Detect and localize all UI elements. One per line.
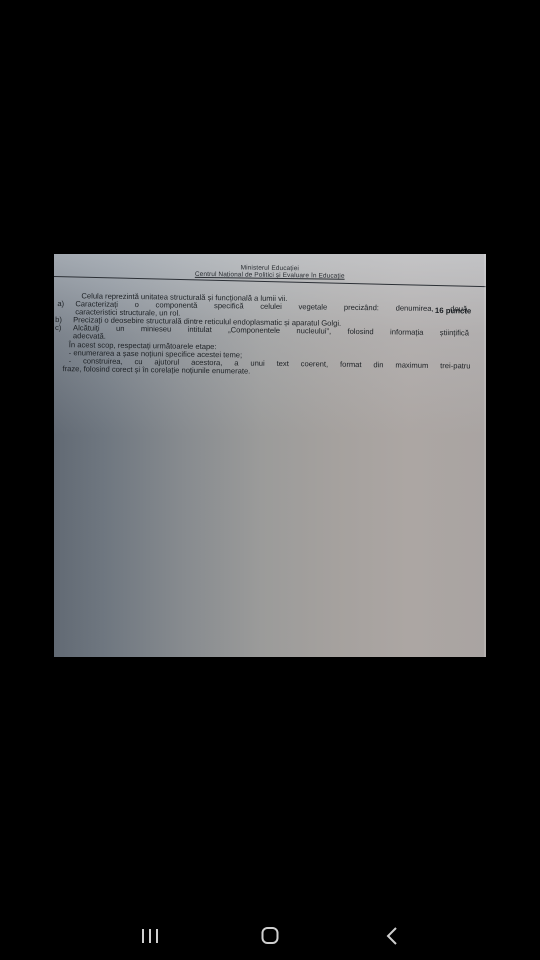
- item-c-text-1-word: informația: [390, 328, 423, 336]
- item-c-text-1-word: „Componentele: [228, 326, 280, 335]
- instruction-step-2-text-word: trei-patru: [440, 362, 470, 370]
- item-a-text-1-word: vegetale: [298, 303, 327, 311]
- image-viewer: Ministerul Educației Centrul Național de…: [0, 0, 540, 960]
- instruction-step-2-text-word: format: [340, 361, 362, 369]
- back-button[interactable]: [371, 924, 411, 948]
- item-c-text-1-word: un: [116, 325, 125, 333]
- item-a-text-1-word: denumirea,: [396, 304, 434, 312]
- recents-button[interactable]: [130, 924, 170, 948]
- instruction-step-2-text-word: maximum: [395, 361, 428, 369]
- back-icon: [371, 924, 411, 948]
- item-a-text-1-word: celulei: [260, 303, 282, 311]
- exam-photo[interactable]: Ministerul Educației Centrul Național de…: [54, 254, 486, 657]
- item-c-text-1-word: intitulat: [188, 326, 212, 334]
- instruction-step-2-text-word: text: [277, 360, 289, 368]
- exam-document: Ministerul Educației Centrul Național de…: [54, 254, 486, 657]
- recents-icon: [130, 924, 170, 948]
- item-c-marker: c): [55, 324, 61, 332]
- home-button[interactable]: [250, 924, 290, 948]
- item-a-text-1-word: precizând:: [344, 304, 379, 312]
- instruction-step-2-text-word: coerent,: [301, 360, 329, 368]
- item-a-marker: a): [57, 300, 64, 308]
- item-a-text-1-word: specifică: [214, 302, 244, 310]
- instruction-step-2-text-word: unui: [250, 360, 264, 368]
- item-c-text-1-word: minieseu: [141, 325, 171, 333]
- instruction-step-2-text-word: din: [373, 361, 383, 369]
- item-a-text-1-word: două: [450, 305, 467, 313]
- item-c-text-1-word: nucleului”,: [296, 327, 331, 335]
- item-c-line-1: Alcătuițiunminieseuintitulat„Componentel…: [73, 324, 469, 337]
- item-c-text-1-word: folosind: [347, 328, 373, 336]
- home-icon: [250, 924, 290, 948]
- instruction-step-3: fraze, folosind corect și în corelație n…: [62, 365, 250, 375]
- item-c-text-1-word: științifică: [440, 329, 469, 337]
- system-nav-bar: [0, 910, 540, 960]
